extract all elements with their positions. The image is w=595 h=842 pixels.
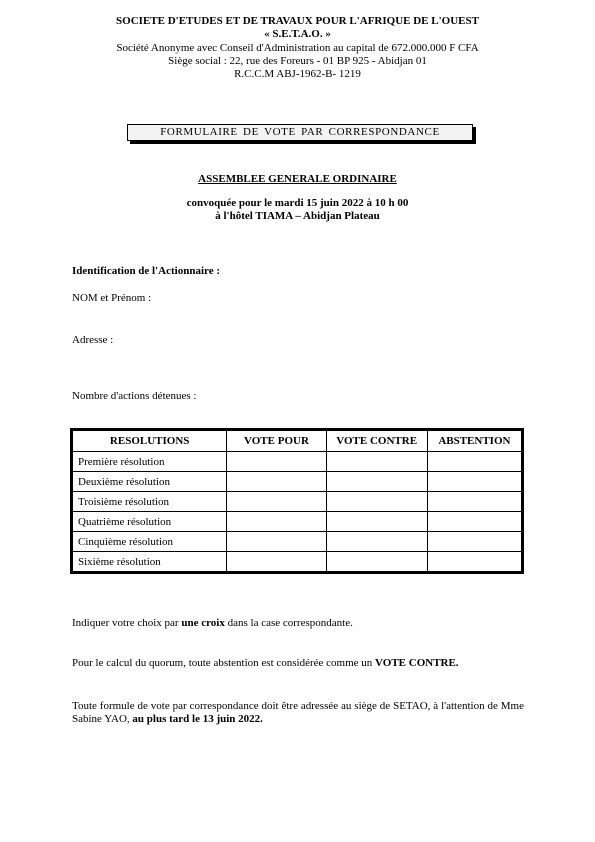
table-row: Deuxième résolution — [72, 472, 523, 492]
resolution-label: Sixième résolution — [72, 552, 227, 573]
votes-table: RESOLUTIONS VOTE POUR VOTE CONTRE ABSTEN… — [70, 428, 524, 574]
vote-pour-cell[interactable] — [227, 492, 326, 512]
instruction-choice-text-end: dans la case correspondante. — [225, 617, 353, 629]
abstention-cell[interactable] — [427, 472, 522, 492]
company-address: Siège social : 22, rue des Foreurs - 01 … — [0, 55, 595, 68]
company-name: SOCIETE D'ETUDES ET DE TRAVAUX POUR L'AF… — [0, 15, 595, 28]
table-row: Sixième résolution — [72, 552, 523, 573]
instruction-choice-text: Indiquer votre choix par — [72, 617, 181, 629]
table-row: Quatrième résolution — [72, 512, 523, 532]
vote-contre-cell[interactable] — [326, 452, 427, 472]
instruction-quorum-text: Pour le calcul du quorum, toute abstenti… — [72, 657, 375, 669]
resolution-label: Première résolution — [72, 452, 227, 472]
vote-contre-cell[interactable] — [326, 472, 427, 492]
instruction-quorum: Pour le calcul du quorum, toute abstenti… — [72, 657, 459, 670]
instruction-choice-emphasis: une croix — [181, 617, 225, 629]
shares-field-label: Nombre d'actions détenues : — [72, 390, 196, 403]
form-title: FORMULAIRE DE VOTE PAR CORRESPONDANCE — [127, 124, 473, 141]
vote-contre-cell[interactable] — [326, 552, 427, 573]
company-acronym: « S.E.T.A.O. » — [0, 28, 595, 41]
instruction-submission: Toute formule de vote par correspondance… — [72, 700, 524, 726]
abstention-cell[interactable] — [427, 532, 522, 552]
resolution-label: Troisième résolution — [72, 492, 227, 512]
resolution-label: Cinquième résolution — [72, 532, 227, 552]
meeting-date: convoquée pour le mardi 15 juin 2022 à 1… — [0, 197, 595, 210]
abstention-cell[interactable] — [427, 452, 522, 472]
abstention-cell[interactable] — [427, 552, 522, 573]
header-vote-pour: VOTE POUR — [227, 430, 326, 452]
table-header-row: RESOLUTIONS VOTE POUR VOTE CONTRE ABSTEN… — [72, 430, 523, 452]
vote-pour-cell[interactable] — [227, 532, 326, 552]
table-row: Cinquième résolution — [72, 532, 523, 552]
vote-pour-cell[interactable] — [227, 452, 326, 472]
vote-pour-cell[interactable] — [227, 552, 326, 573]
vote-pour-cell[interactable] — [227, 512, 326, 532]
header-vote-contre: VOTE CONTRE — [326, 430, 427, 452]
table-row: Première résolution — [72, 452, 523, 472]
abstention-cell[interactable] — [427, 512, 522, 532]
meeting-place: à l'hôtel TIAMA – Abidjan Plateau — [0, 210, 595, 223]
instruction-choice: Indiquer votre choix par une croix dans … — [72, 617, 353, 630]
instruction-quorum-emphasis: VOTE CONTRE. — [375, 657, 459, 669]
vote-pour-cell[interactable] — [227, 472, 326, 492]
meeting-title: ASSEMBLEE GENERALE ORDINAIRE — [0, 173, 595, 186]
instruction-submission-deadline: au plus tard le 13 juin 2022. — [132, 713, 263, 725]
resolution-label: Deuxième résolution — [72, 472, 227, 492]
vote-contre-cell[interactable] — [326, 492, 427, 512]
vote-contre-cell[interactable] — [326, 532, 427, 552]
table-row: Troisième résolution — [72, 492, 523, 512]
header-abstention: ABSTENTION — [427, 430, 522, 452]
name-field-label: NOM et Prénom : — [72, 292, 151, 305]
company-rccm: R.C.C.M ABJ-1962-B- 1219 — [0, 68, 595, 81]
identification-heading: Identification de l'Actionnaire : — [72, 265, 220, 278]
abstention-cell[interactable] — [427, 492, 522, 512]
resolution-label: Quatrième résolution — [72, 512, 227, 532]
company-legal-form: Société Anonyme avec Conseil d'Administr… — [0, 42, 595, 55]
address-field-label: Adresse : — [72, 334, 113, 347]
vote-contre-cell[interactable] — [326, 512, 427, 532]
header-resolutions: RESOLUTIONS — [72, 430, 227, 452]
